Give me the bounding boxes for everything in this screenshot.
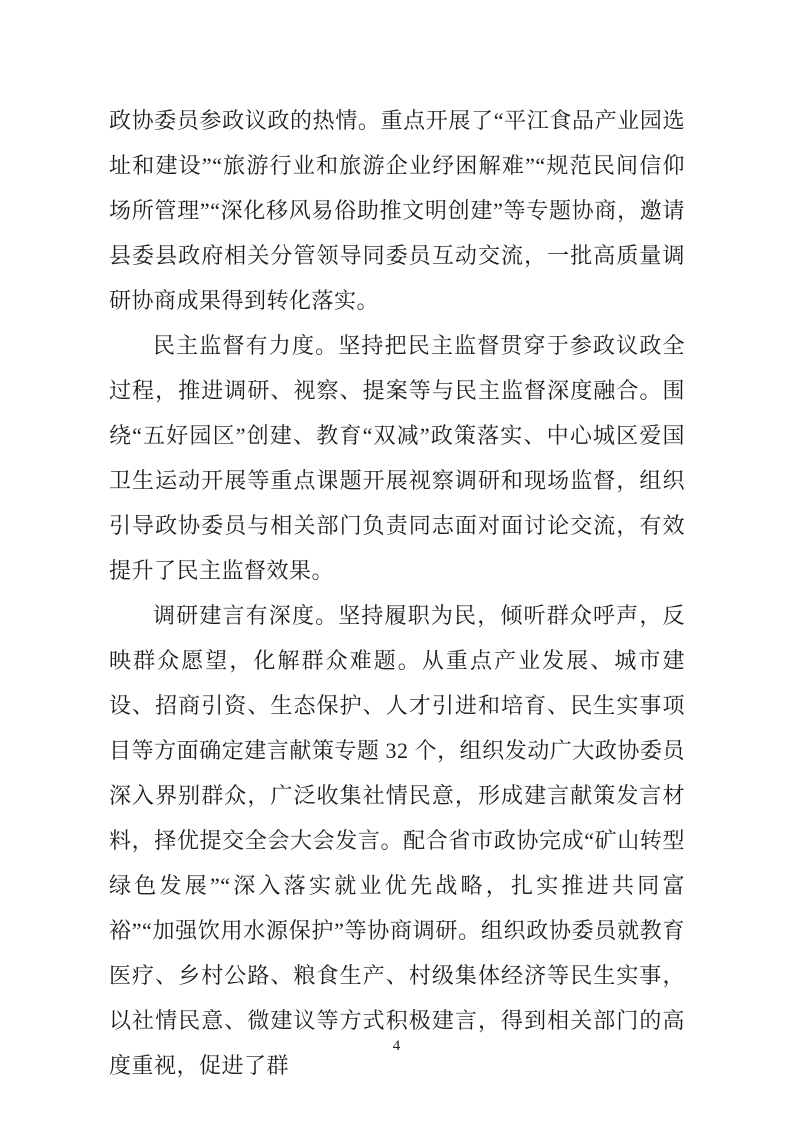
paragraph-democratic-supervision: 民主监督有力度。坚持把民主监督贯穿于参政议政全过程，推进调研、视察、提案等与民主… xyxy=(109,323,685,593)
text-body: 政协委员参政议政的热情。重点开展了“平江食品产业园选址和建设”“旅游行业和旅游企… xyxy=(109,98,685,1088)
page-number: 4 xyxy=(0,1036,793,1056)
document-page: 政协委员参政议政的热情。重点开展了“平江食品产业园选址和建设”“旅游行业和旅游企… xyxy=(0,0,793,1122)
paragraph-continuation: 政协委员参政议政的热情。重点开展了“平江食品产业园选址和建设”“旅游行业和旅游企… xyxy=(109,98,685,323)
paragraph-research-suggestions: 调研建言有深度。坚持履职为民，倾听群众呼声，反映群众愿望，化解群众难题。从重点产… xyxy=(109,593,685,1088)
